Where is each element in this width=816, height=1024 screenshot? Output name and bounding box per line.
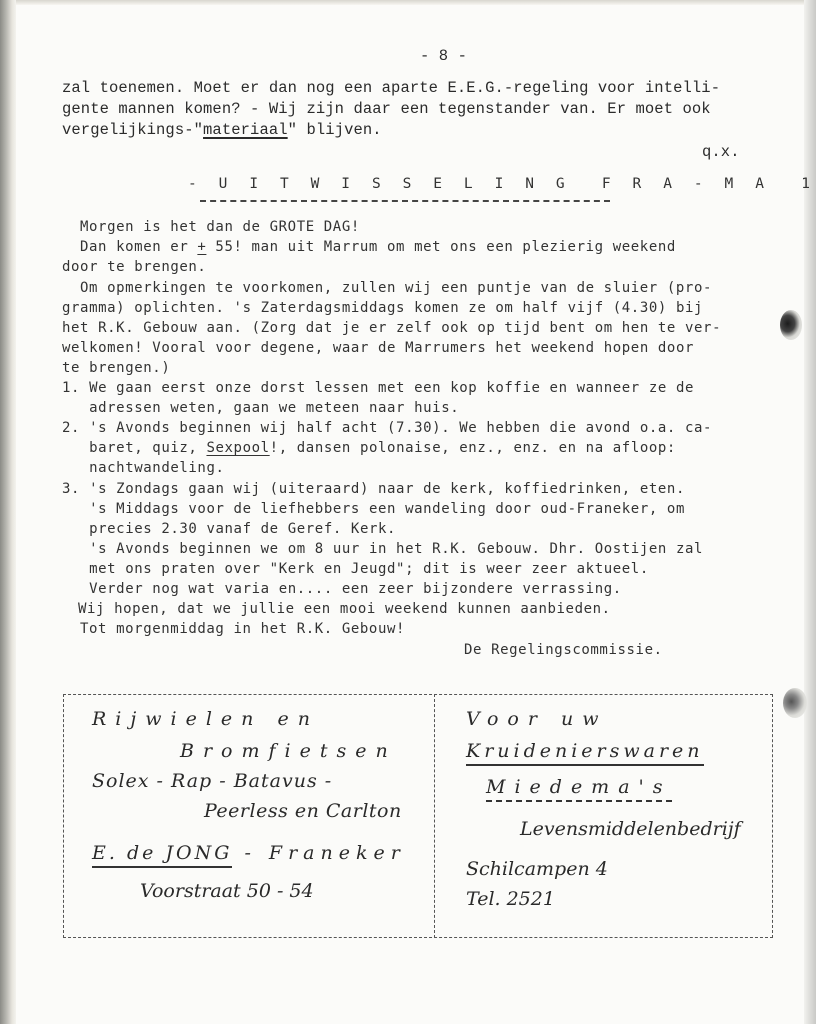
article-p2-line2: door te brengen. <box>62 257 206 277</box>
closing-line-2: Tot morgenmiddag in het R.K. Gebouw! <box>80 619 405 639</box>
p2-text-b: 55! man uit Marrum om met ons een plezie… <box>206 239 676 255</box>
list-item-3-line1: 3. 's Zondags gaan wij (uiteraard) naar … <box>62 479 685 499</box>
ad-right-line-4: Levensmiddelenbedrijf <box>520 818 741 840</box>
article-p3-line5: te brengen.) <box>62 358 170 378</box>
ad-right-phone: Tel. 2521 <box>466 888 555 910</box>
intro-signature: q.x. <box>702 142 740 162</box>
item2-text-a: baret, quiz, <box>62 440 206 456</box>
underlined-word: materiaal <box>203 121 288 139</box>
list-item-3-line3: precies 2.30 vanaf de Geref. Kerk. <box>62 519 396 539</box>
list-item-2-line3: nachtwandeling. <box>62 458 225 478</box>
list-item-3-line2: 's Middags voor de liefhebbers een wande… <box>62 499 685 519</box>
article-signature: De Regelingscommissie. <box>464 640 663 660</box>
page-top-edge <box>16 0 816 5</box>
ad-right-line-2: Kruidenierswaren <box>466 740 704 762</box>
article-title: - U I T W I S S E L I N G F R A - M A 19… <box>188 176 816 192</box>
intro-line-3-prefix: vergelijkings-" <box>62 121 203 139</box>
page-number: - 8 - <box>420 46 467 66</box>
article-p3-line3: het R.K. Gebouw aan. (Zorg dat je er zel… <box>62 318 721 338</box>
intro-line-1: zal toenemen. Moet er dan nog een aparte… <box>62 78 720 98</box>
ad-right-category: Kruidenierswaren <box>466 740 704 766</box>
ad-right-shop-name: Miedema's <box>486 776 672 802</box>
advertisements-divider <box>434 694 435 938</box>
p2-text-a: Dan komen er <box>80 239 197 255</box>
shop-name-underlined: E. de JONG <box>92 842 232 868</box>
article-p3-line4: welkomen! Vooral voor degene, waar de Ma… <box>62 338 694 358</box>
ad-left-brands-2: Peerless en Carlton <box>204 800 402 822</box>
shop-town: - Franeker <box>232 842 405 864</box>
list-item-2-line2: baret, quiz, Sexpool!, dansen polonaise,… <box>62 438 676 458</box>
list-item-1-line2: adressen weten, gaan we meteen naar huis… <box>62 398 459 418</box>
ad-left-line-2: Bromfietsen <box>180 740 397 762</box>
article-p3-line2: gramma) oplichten. 's Zaterdagsmiddags k… <box>62 298 703 318</box>
list-item-2-line1: 2. 's Avonds beginnen wij half acht (7.3… <box>62 418 712 438</box>
ad-left-line-1: Rijwielen en <box>92 708 319 730</box>
article-p2-line1: Dan komen er + 55! man uit Marrum om met… <box>80 237 676 257</box>
intro-line-2: gente mannen komen? - Wij zijn daar een … <box>62 99 711 119</box>
list-item-3-line4: 's Avonds beginnen we om 8 uur in het R.… <box>62 539 703 559</box>
ad-left-shop-name: E. de JONG - Franeker <box>92 842 406 864</box>
list-item-1-line1: 1. We gaan eerst onze dorst lessen met e… <box>62 378 694 398</box>
article-p3-line1: Om opmerkingen te voorkomen, zullen wij … <box>80 278 712 298</box>
ad-left-brands-1: Solex - Rap - Batavus - <box>92 770 332 792</box>
item2-text-b: !, dansen polonaise, enz., enz. en na af… <box>270 440 676 456</box>
page-left-edge <box>0 0 16 1024</box>
list-item-3-line5: met ons praten over "Kerk en Jeugd"; dit… <box>62 559 649 579</box>
intro-line-3-suffix: " blijven. <box>288 121 382 139</box>
page-right-edge <box>804 0 816 1024</box>
article-p1: Morgen is het dan de GROTE DAG! <box>80 217 360 237</box>
list-item-3-line6: Verder nog wat varia en.... een zeer bij… <box>62 579 622 599</box>
binding-hole <box>783 688 807 718</box>
ad-right-address: Schilcampen 4 <box>466 858 608 880</box>
ad-right-line-3: Miedema's <box>486 776 672 798</box>
ad-left-address: Voorstraat 50 - 54 <box>140 880 314 902</box>
binding-hole <box>780 310 802 340</box>
ad-right-line-1: Voor uw <box>466 708 607 730</box>
closing-line-1: Wij hopen, dat we jullie een mooi weeken… <box>78 599 611 619</box>
title-underline <box>200 200 610 202</box>
intro-line-3: vergelijkings-"materiaal" blijven. <box>62 120 382 140</box>
underlined-word: Sexpool <box>206 440 269 456</box>
